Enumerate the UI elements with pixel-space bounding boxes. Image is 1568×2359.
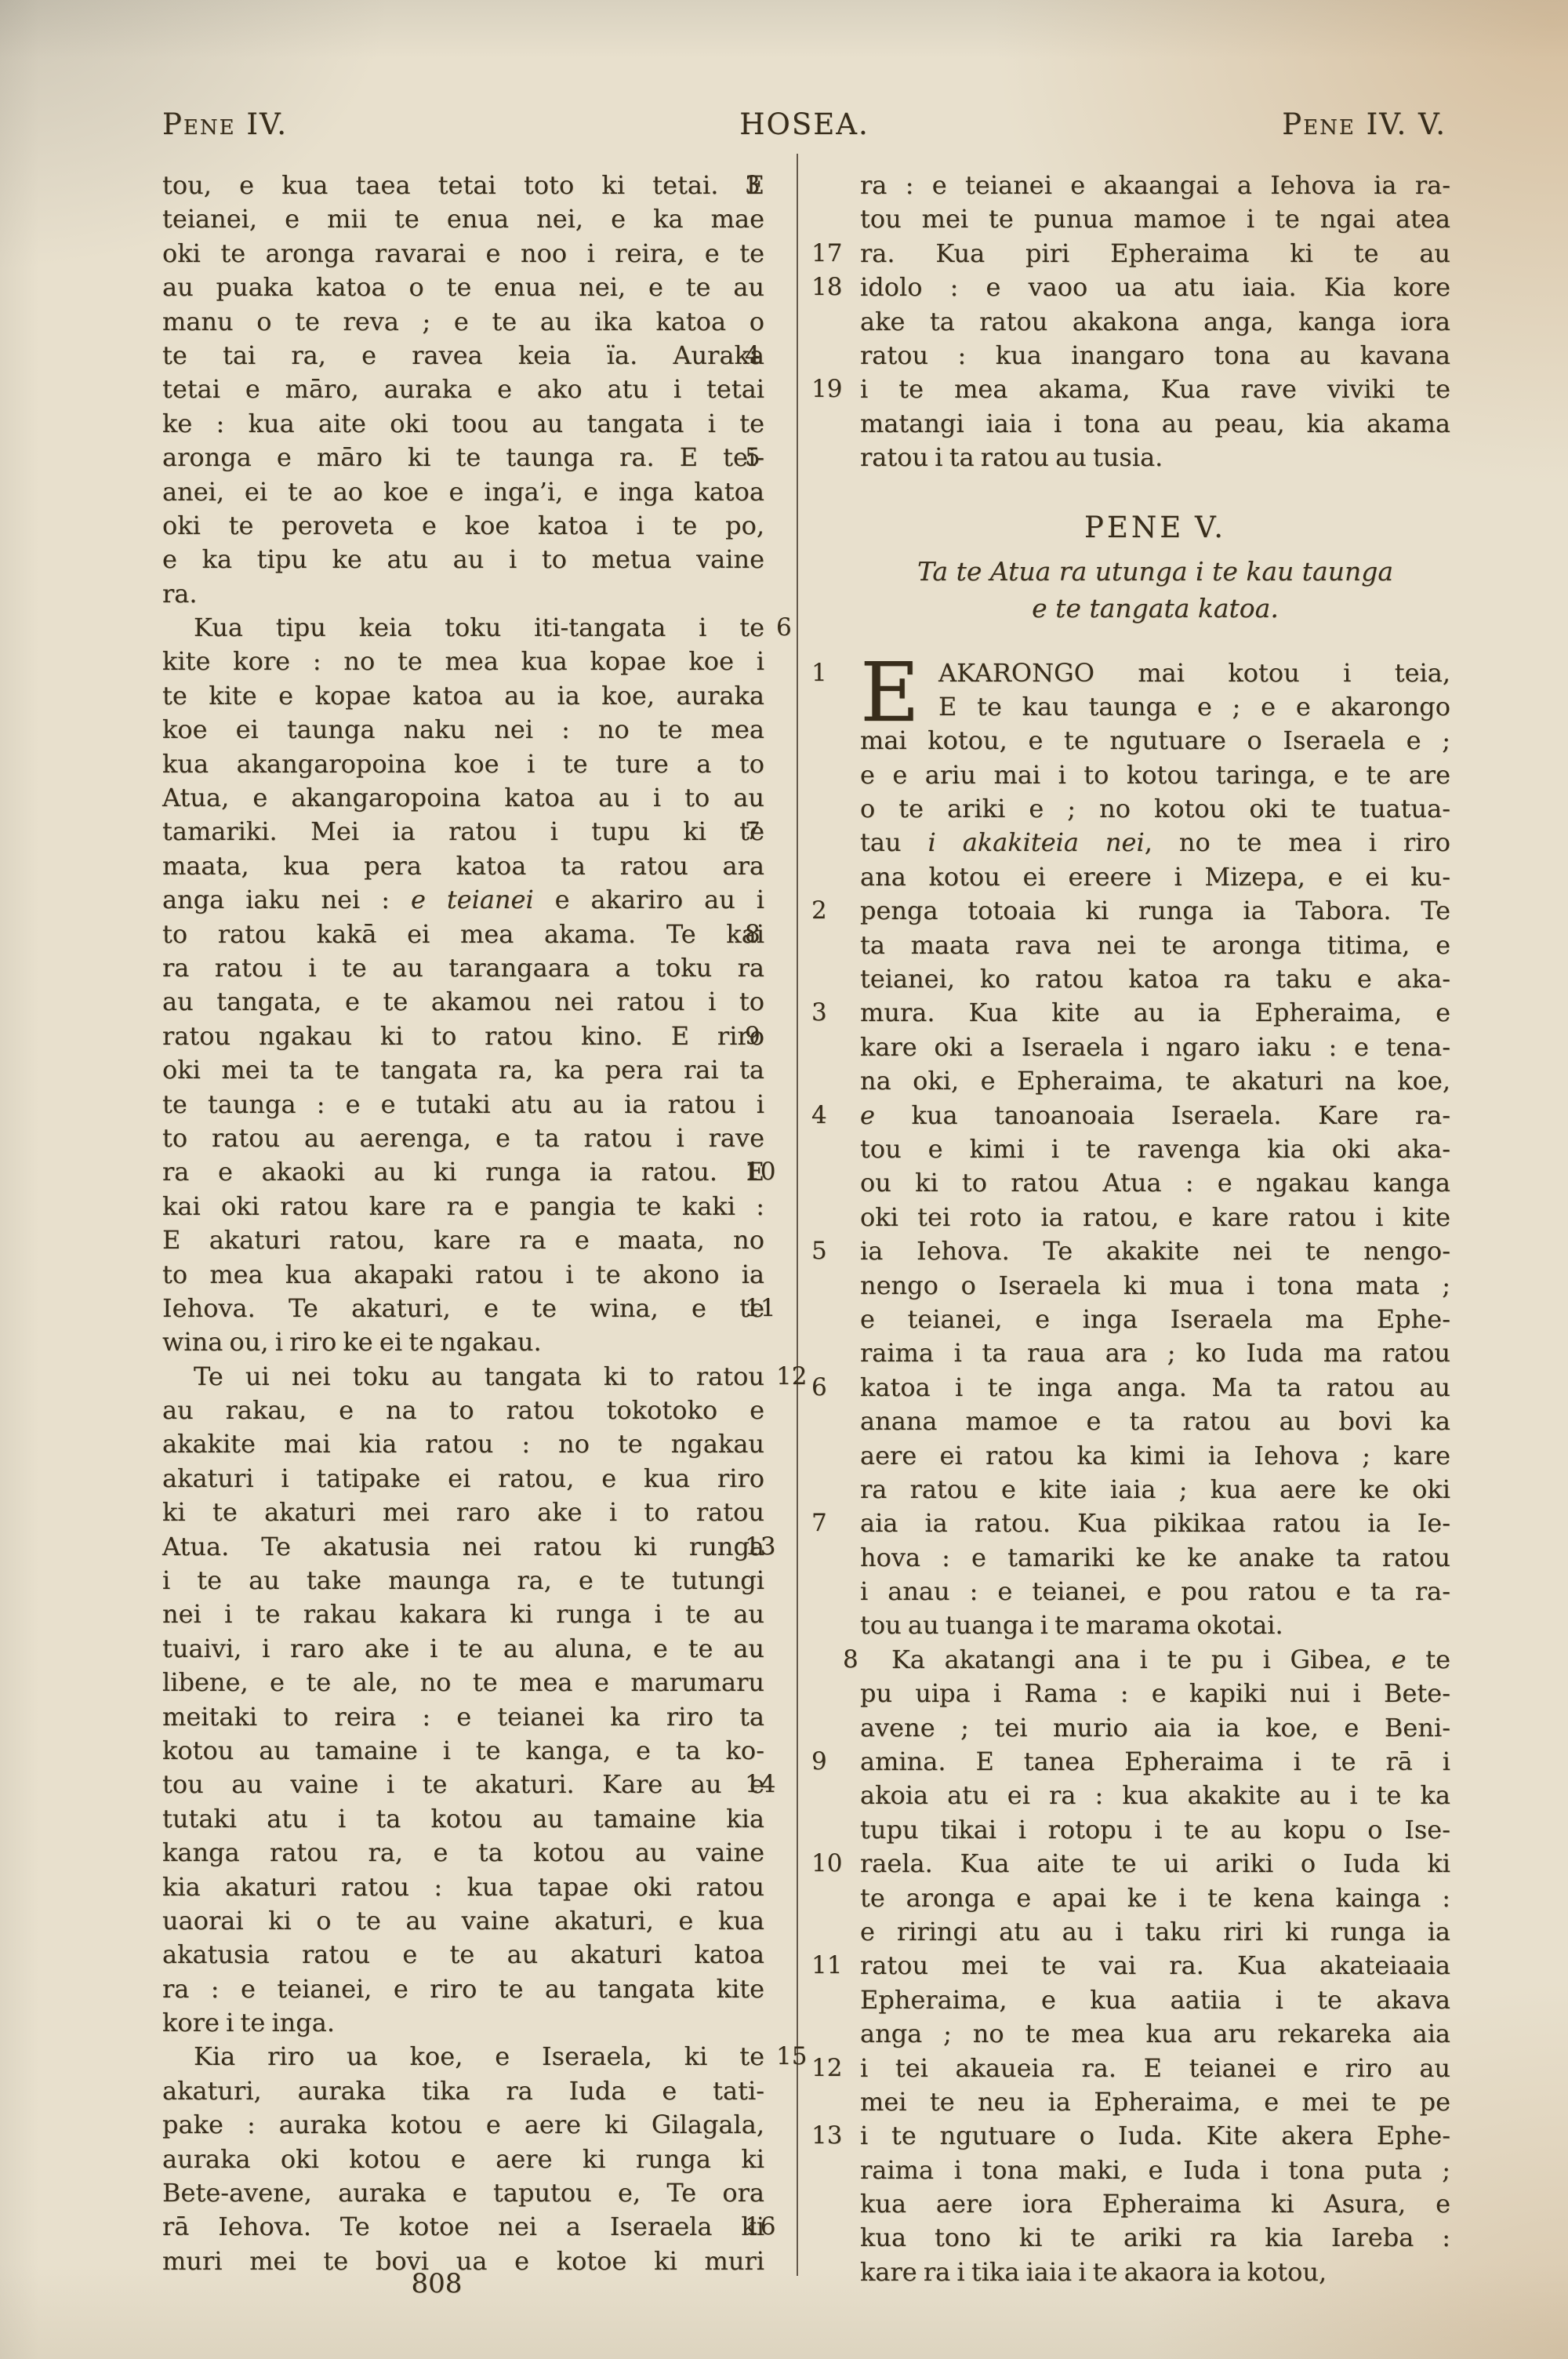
line-text: pake : auraka kotou e aere ki Gilagala, [162, 2110, 764, 2139]
line-text: E akaturi ratou, kare ra e maata, no [162, 1225, 764, 1255]
line-text: nengo o Iseraela ki mua i tona mata ; [860, 1270, 1450, 1300]
line-text: akakite mai kia ratou : no te ngakau [162, 1429, 764, 1459]
line-text: ki te akaturi mei raro ake i to ratou [162, 1497, 764, 1527]
text-line: oki te peroveta e koe katoa i te po, [162, 509, 764, 543]
line-text: auraka oki kotou e aere ki runga ki [162, 2144, 764, 2174]
line-text: matangi iaia i tona au peau, kia akama [860, 409, 1450, 438]
text-line: ra. [162, 577, 764, 611]
line-text: te taunga : e e tutaki atu au ia ratou i [162, 1089, 764, 1119]
line-text: mura. Kua kite au ia Epheraima, e [860, 998, 1450, 1027]
line-text: na oki, e Epheraima, te akaturi na koe, [860, 1066, 1450, 1096]
line-text: e ka tipu ke atu au i to metua vaine [162, 544, 764, 574]
verse-number: 7 [745, 815, 792, 849]
line-text: ra. [162, 579, 198, 609]
verse-number: 18 [811, 271, 851, 304]
text-line: oki te aronga ravarai e noo i reira, e t… [162, 237, 764, 271]
line-text: kai oki ratou kare ra e pangia te kaki : [162, 1191, 764, 1221]
verse-number: 12 [811, 2052, 851, 2085]
line-text: e kua tanoanoaia Iseraela. Kare ra- [860, 1100, 1450, 1130]
verse-number: 6 [745, 611, 792, 645]
line-text: ra. Kua piri Epheraima ki te au [860, 238, 1450, 268]
running-head-right: Pene IV. V. [1282, 107, 1446, 143]
line-text: kua akangaropoina koe i te ture a to [162, 749, 764, 779]
verse-number: 9 [745, 1020, 792, 1053]
text-line: ta maata rava nei te aronga titima, e [860, 929, 1450, 962]
verse-number: 13 [811, 2119, 851, 2153]
text-line: mai kotou, e te ngutuare o Iseraela e ; [860, 724, 1450, 758]
text-line: kua akangaropoina koe i te ture a to [162, 747, 764, 781]
text-line: ratou : kua inangaro tona au kavana [860, 339, 1450, 373]
line-text: au puaka katoa o te enua nei, e te au [162, 272, 764, 302]
text-line: E te kau taunga e ; e e akarongo [938, 690, 1450, 724]
line-text: kore i te inga. [162, 2008, 335, 2037]
verse-number: 10 [745, 1155, 792, 1189]
line-text: oki te peroveta e koe katoa i te po, [162, 511, 764, 540]
text-line: to ratou au aerenga, e ta ratou i rave [162, 1121, 764, 1155]
line-text: ake ta ratou akakona anga, kanga iora [860, 307, 1450, 336]
line-text: tutaki atu i ta kotou au tamaine kia [162, 1804, 764, 1834]
line-text: aia ia ratou. Kua pikikaa ratou ia Ie- [860, 1508, 1450, 1538]
line-text: Te ui nei toku au tangata ki to ratou [194, 1361, 764, 1391]
line-text: ra ratou i te au tarangaara a toku ra [162, 953, 764, 983]
text-line: meitaki to reira : e teianei ka riro ta [162, 1700, 764, 1734]
text-line: au puaka katoa o te enua nei, e te au [162, 271, 764, 304]
line-text: i te au take maunga ra, e te tutungi [162, 1565, 764, 1595]
text-line: na oki, e Epheraima, te akaturi na koe, [860, 1064, 1450, 1098]
running-head-center: HOSEA. [162, 107, 1446, 143]
text-line: avene ; tei murio aia ia koe, e Beni- [860, 1711, 1450, 1745]
text-line: anana mamoe e ta ratou au bovi ka [860, 1405, 1450, 1438]
line-text: tou au vaine i te akaturi. Kare au e [162, 1769, 764, 1799]
text-line: tou mei te punua mamoe i te ngai atea [860, 202, 1450, 236]
line-text: ta maata rava nei te aronga titima, e [860, 930, 1450, 960]
line-text: ou ki to ratou Atua : e ngakau kanga [860, 1168, 1450, 1198]
line-text: tau i akakiteia nei, no te mea i riro [860, 827, 1450, 857]
text-line: kotou au tamaine i te kanga, e ta ko- [162, 1734, 764, 1768]
verse-number: 5 [745, 441, 792, 474]
text-line: 12Te ui nei toku au tangata ki to ratou [162, 1360, 764, 1394]
verse-number: 13 [745, 1530, 792, 1564]
line-text: e e ariu mai i to kotou taringa, e te ar… [860, 760, 1450, 790]
text-line: 6katoa i te inga anga. Ma ta ratou au [860, 1371, 1450, 1405]
text-line: raima i tona maki, e Iuda i tona puta ; [860, 2154, 1450, 2187]
line-text: aronga e māro ki te taunga ra. E tei- [162, 442, 764, 472]
text-line: tetai e māro, auraka e ako atu i tetai [162, 373, 764, 406]
text-line: pake : auraka kotou e aere ki Gilagala, [162, 2108, 764, 2142]
line-text: amina. E tanea Epheraima i te rā i [860, 1747, 1450, 1776]
line-text: anga ; no te mea kua aru rekareka aia [860, 2019, 1450, 2048]
text-line: i anau : e teianei, e pou ratou e ta ra- [860, 1575, 1450, 1608]
line-text: ratou ngakau ki to ratou kino. E riro [162, 1021, 764, 1051]
line-text: AKARONGO mai kotou i teia, [938, 658, 1450, 688]
text-line: uaorai ki o te au vaine akaturi, e kua [162, 1904, 764, 1938]
line-text: rā Iehova. Te kotoe nei a Iseraela ki [162, 2212, 764, 2241]
text-line: 7tamariki. Mei ia ratou i tupu ki te [162, 815, 764, 849]
line-text: anei, ei te ao koe e inga’i, e inga kato… [162, 477, 764, 507]
text-line: nengo o Iseraela ki mua i tona mata ; [860, 1269, 1450, 1303]
line-text: akatusia ratou e te au akaturi katoa [162, 1939, 764, 1969]
line-text: oki tei roto ia ratou, e kare ratou i ki… [860, 1202, 1450, 1232]
text-line: au tangata, e te akamou nei ratou i to [162, 985, 764, 1019]
text-line: 11Iehova. Te akaturi, e te wina, e te [162, 1292, 764, 1325]
line-text: ra : e teianei, e riro te au tangata kit… [162, 1974, 764, 2004]
text-line: e e ariu mai i to kotou taringa, e te ar… [860, 758, 1450, 792]
verse-number: 11 [811, 1949, 851, 1983]
text-line: 3mura. Kua kite au ia Epheraima, e [860, 996, 1450, 1030]
line-text: avene ; tei murio aia ia koe, e Beni- [860, 1713, 1450, 1743]
line-text: nei i te rakau kakara ki runga i te au [162, 1599, 764, 1629]
line-text: to mea kua akapaki ratou i te akono ia [162, 1259, 764, 1289]
line-text: i te mea akama, Kua rave viviki te [860, 374, 1450, 404]
text-line: kua tono ki te ariki ra kia Iareba : [860, 2221, 1450, 2255]
text-line: 19i te mea akama, Kua rave viviki te [860, 373, 1450, 406]
text-line: 3tou, e kua taea tetai toto ki tetai. E [162, 169, 764, 202]
text-line: kanga ratou ra, e ta kotou au vaine [162, 1836, 764, 1870]
line-text: ia Iehova. Te akakite nei te nengo- [860, 1236, 1450, 1266]
line-text: tupu tikai i rotopu i te au kopu o Ise- [860, 1815, 1450, 1845]
text-line: 11ratou mei te vai ra. Kua akateiaaia [860, 1949, 1450, 1983]
verse-number: 17 [811, 237, 851, 271]
line-text: ra ratou e kite iaia ; kua aere ke oki [860, 1474, 1450, 1504]
text-line: 16rā Iehova. Te kotoe nei a Iseraela ki [162, 2210, 764, 2244]
line-text: i te ngutuare o Iuda. Kite akera Ephe- [860, 2121, 1450, 2150]
line-text: Atua. Te akatusia nei ratou ki runga [162, 1532, 764, 1561]
text-line: teianei, e mii te enua nei, e ka mae [162, 202, 764, 236]
chapter5-section: E 1AKARONGO mai kotou i teia,E te kau ta… [860, 656, 1450, 2290]
line-text: Ka akatangi ana i te pu i Gibea, e te [891, 1645, 1450, 1674]
text-line: ra ratou i te au tarangaara a toku ra [162, 951, 764, 985]
verse-number: 6 [811, 1371, 851, 1405]
line-text: katoa i te inga anga. Ma ta ratou au [860, 1372, 1450, 1402]
line-text: au rakau, e na to ratou tokotoko e [162, 1395, 764, 1425]
text-line: ke : kua aite oki toou au tangata i te [162, 407, 764, 441]
line-text: Bete-avene, auraka e taputou e, Te ora [162, 2178, 764, 2208]
text-line: teianei, ko ratou katoa ra taku e aka- [860, 962, 1450, 996]
chapter-subtitle: Ta te Atua ra utunga i te kau taunga e t… [860, 553, 1450, 627]
text-line: 13i te ngutuare o Iuda. Kite akera Ephe- [860, 2119, 1450, 2153]
line-text: tou e kimi i te ravenga kia oki aka- [860, 1134, 1450, 1164]
text-line: Atua, e akangaropoina katoa au i to au [162, 781, 764, 815]
text-line: koe ei taunga naku nei : no te mea [162, 713, 764, 747]
drop-cap: E [860, 659, 920, 726]
verse-number: 5 [811, 1234, 851, 1268]
text-line: ou ki to ratou Atua : e ngakau kanga [860, 1166, 1450, 1200]
line-text: tamariki. Mei ia ratou i tupu ki te [162, 816, 764, 846]
text-line: tou e kimi i te ravenga kia oki aka- [860, 1132, 1450, 1166]
line-text: to ratou au aerenga, e ta ratou i rave [162, 1123, 764, 1153]
text-line: maata, kua pera katoa ta ratou ara [162, 849, 764, 883]
text-line: oki mei ta te tangata ra, ka pera rai ta [162, 1053, 764, 1087]
text-line: e teianei, e inga Iseraela ma Ephe- [860, 1303, 1450, 1336]
text-line: e riringi atu au i taku riri ki runga ia [860, 1915, 1450, 1949]
text-line: manu o te reva ; e te au ika katoa o [162, 305, 764, 339]
text-line: akakite mai kia ratou : no te ngakau [162, 1427, 764, 1461]
running-head: Pene IV. HOSEA. Pene IV. V. [162, 107, 1446, 143]
text-line: auraka oki kotou e aere ki runga ki [162, 2143, 764, 2176]
verse-number: 4 [811, 1099, 851, 1132]
line-text: penga totoaia ki runga ia Tabora. Te [860, 896, 1450, 925]
text-line: 4e kua tanoanoaia Iseraela. Kare ra- [860, 1099, 1450, 1132]
text-line: 18idolo : e vaoo ua atu iaia. Kia kore [860, 271, 1450, 304]
text-line: ra : e teianei e akaangai a Iehova ia ra… [860, 169, 1450, 202]
text-line: 2penga totoaia ki runga ia Tabora. Te [860, 894, 1450, 928]
text-line: mei te neu ia Epheraima, e mei te pe [860, 2085, 1450, 2119]
line-text: idolo : e vaoo ua atu iaia. Kia kore [860, 272, 1450, 302]
text-line: kia akaturi ratou : kua tapae oki ratou [162, 1870, 764, 1904]
line-text: akoia atu ei ra : kua akakite au i te ka [860, 1780, 1450, 1810]
chapter-subtitle-line: e te tangata katoa. [860, 590, 1450, 627]
line-text: kare ra i tika iaia i te akaora ia kotou… [860, 2257, 1327, 2287]
verse-number: 2 [811, 894, 851, 928]
column-rule [797, 154, 798, 2276]
text-line: 14tou au vaine i te akaturi. Kare au e [162, 1768, 764, 1801]
line-text: te aronga e apai ke i te kena kainga : [860, 1883, 1450, 1913]
text-line: kare ra i tika iaia i te akaora ia kotou… [860, 2255, 1450, 2289]
text-line: 7aia ia ratou. Kua pikikaa ratou ia Ie- [860, 1507, 1450, 1540]
line-text: kia akaturi ratou : kua tapae oki ratou [162, 1872, 764, 1902]
text-line: 13Atua. Te akatusia nei ratou ki runga [162, 1530, 764, 1564]
line-text: anana mamoe e ta ratou au bovi ka [860, 1406, 1450, 1436]
line-text: wina ou, i riro ke ei te ngakau. [162, 1327, 542, 1357]
text-line: 12i tei akaueia ra. E teianei e riro au [860, 2052, 1450, 2085]
line-text: au tangata, e te akamou nei ratou i to [162, 987, 764, 1016]
line-text: ratou : kua inangaro tona au kavana [860, 340, 1450, 370]
verse-number: 4 [745, 339, 792, 373]
text-line: aere ei ratou ka kimi ia Iehova ; kare [860, 1439, 1450, 1473]
line-text: raima i ta raua ara ; ko Iuda ma ratou [860, 1338, 1450, 1368]
line-text: e riringi atu au i taku riri ki runga ia [860, 1917, 1450, 1946]
line-text: ra : e teianei e akaangai a Iehova ia ra… [860, 170, 1450, 200]
line-text: aere ei ratou ka kimi ia Iehova ; kare [860, 1441, 1450, 1470]
text-line: 1AKARONGO mai kotou i teia, [938, 656, 1450, 690]
line-text: kua aere iora Epheraima ki Asura, e [860, 2189, 1450, 2219]
text-line: Bete-avene, auraka e taputou e, Te ora [162, 2176, 764, 2210]
line-text: manu o te reva ; e te au ika katoa o [162, 307, 764, 336]
line-text: ratou mei te vai ra. Kua akateiaaia [860, 1950, 1450, 1980]
text-line: ra ratou e kite iaia ; kua aere ke oki [860, 1473, 1450, 1507]
text-line: E akaturi ratou, kare ra e maata, no [162, 1223, 764, 1257]
line-text: raima i tona maki, e Iuda i tona puta ; [860, 2155, 1450, 2185]
text-line: kua aere iora Epheraima ki Asura, e [860, 2187, 1450, 2221]
line-text: maata, kua pera katoa ta ratou ara [162, 851, 764, 881]
line-text: koe ei taunga naku nei : no te mea [162, 714, 764, 744]
verse-number: 3 [745, 169, 792, 202]
text-line: Epheraima, e kua aatiia i te akava [860, 1983, 1450, 2017]
text-line: hova : e tamariki ke ke anake ta ratou [860, 1541, 1450, 1575]
line-text: hova : e tamariki ke ke anake ta ratou [860, 1543, 1450, 1572]
text-line: i te au take maunga ra, e te tutungi [162, 1564, 764, 1598]
text-line: ki te akaturi mei raro ake i to ratou [162, 1496, 764, 1529]
line-text: oki te aronga ravarai e noo i reira, e t… [162, 238, 764, 268]
text-line: tutaki atu i ta kotou au tamaine kia [162, 1802, 764, 1836]
line-text: oki mei ta te tangata ra, ka pera rai ta [162, 1055, 764, 1085]
line-text: e teianei, e inga Iseraela ma Ephe- [860, 1304, 1450, 1334]
line-text: pu uipa i Rama : e kapiki nui i Bete- [860, 1678, 1450, 1708]
text-line: tupu tikai i rotopu i te au kopu o Ise- [860, 1813, 1450, 1847]
verse-number: 12 [745, 1360, 792, 1394]
text-line: 5aronga e māro ki te taunga ra. E tei- [162, 441, 764, 474]
text-line: 8Ka akatangi ana i te pu i Gibea, e te [860, 1643, 1450, 1677]
line-text: Kia riro ua koe, e Iseraela, ki te [194, 2041, 764, 2071]
line-text: kotou au tamaine i te kanga, e ta ko- [162, 1736, 764, 1765]
verse-number: 15 [745, 2040, 792, 2074]
line-text: tou, e kua taea tetai toto ki tetai. E [162, 170, 764, 200]
line-text: mei te neu ia Epheraima, e mei te pe [860, 2087, 1450, 2117]
right-column: ra : e teianei e akaangai a Iehova ia ra… [860, 169, 1450, 2289]
text-line: 9ratou ngakau ki to ratou kino. E riro [162, 1020, 764, 1053]
line-text: raela. Kua aite te ui ariki o Iuda ki [860, 1848, 1450, 1878]
verse-number: 16 [745, 2210, 792, 2244]
line-text: uaorai ki o te au vaine akaturi, e kua [162, 1906, 764, 1936]
text-line: anga iaku nei : e teianei e akariro au i [162, 883, 764, 917]
text-line: anga ; no te mea kua aru rekareka aia [860, 2017, 1450, 2051]
chapter4-end-section: ra : e teianei e akaangai a Iehova ia ra… [860, 169, 1450, 475]
line-text: ke : kua aite oki toou au tangata i te [162, 409, 764, 438]
text-line: te aronga e apai ke i te kena kainga : [860, 1881, 1450, 1915]
verse-number: 7 [811, 1507, 851, 1540]
line-text: i anau : e teianei, e pou ratou e ta ra- [860, 1576, 1450, 1606]
line-text: kanga ratou ra, e ta kotou au vaine [162, 1837, 764, 1867]
line-text: tuaivi, i raro ake i te au aluna, e te a… [162, 1634, 764, 1663]
text-line: akaturi i tatipake ei ratou, e kua riro [162, 1462, 764, 1496]
line-text: Kua tipu keia toku iti-tangata i te [194, 612, 764, 642]
text-line: ake ta ratou akakona anga, kanga iora [860, 305, 1450, 339]
text-line: anei, ei te ao koe e inga’i, e inga kato… [162, 475, 764, 509]
line-text: tetai e māro, auraka e ako atu i tetai [162, 374, 764, 404]
line-text: kite kore : no te mea kua kopae koe i [162, 646, 764, 676]
text-line: raima i ta raua ara ; ko Iuda ma ratou [860, 1336, 1450, 1370]
text-line: ra : e teianei, e riro te au tangata kit… [162, 1972, 764, 2006]
verse-number: 9 [811, 1745, 851, 1779]
line-text: akaturi i tatipake ei ratou, e kua riro [162, 1463, 764, 1493]
text-line: 9amina. E tanea Epheraima i te rā i [860, 1745, 1450, 1779]
left-column: 3tou, e kua taea tetai toto ki tetai. Et… [162, 169, 764, 2278]
line-text: tou au tuanga i te marama okotai. [860, 1610, 1283, 1640]
text-line: libene, e te ale, no te mea e marumaru [162, 1666, 764, 1699]
text-line: 15Kia riro ua koe, e Iseraela, ki te [162, 2040, 764, 2074]
line-text: Epheraima, e kua aatiia i te akava [860, 1985, 1450, 2015]
chapter-subtitle-line: Ta te Atua ra utunga i te kau taunga [860, 553, 1450, 590]
line-text: mai kotou, e te ngutuare o Iseraela e ; [860, 725, 1450, 755]
text-line: tau i akakiteia nei, no te mea i riro [860, 826, 1450, 860]
text-line: pu uipa i Rama : e kapiki nui i Bete- [860, 1677, 1450, 1710]
chapter-heading: PENE V. [860, 507, 1450, 548]
verse-number: 14 [745, 1768, 792, 1801]
text-line: nei i te rakau kakara ki runga i te au [162, 1598, 764, 1631]
line-text: kua tono ki te ariki ra kia Iareba : [860, 2223, 1450, 2252]
text-line: ana kotou ei ereere i Mizepa, e ei ku- [860, 860, 1450, 894]
text-line: 4te tai ra, e ravea keia ïa. Auraka [162, 339, 764, 373]
line-text: E te kau taunga e ; e e akarongo [938, 692, 1450, 722]
line-text: Atua, e akangaropoina katoa au i to au [162, 783, 764, 812]
verse-number: 11 [745, 1292, 792, 1325]
text-line: 6Kua tipu keia toku iti-tangata i te [162, 611, 764, 645]
text-line: oki tei roto ia ratou, e kare ratou i ki… [860, 1201, 1450, 1234]
text-line: tou au tuanga i te marama okotai. [860, 1608, 1450, 1642]
scanned-book-page: Pene IV. HOSEA. Pene IV. V. 3tou, e kua … [0, 0, 1568, 2359]
line-text: akaturi, auraka tika ra Iuda e tati- [162, 2076, 764, 2106]
verse-number: 3 [811, 996, 851, 1030]
line-text: anga iaku nei : e teianei e akariro au i [162, 885, 764, 914]
text-line: kite kore : no te mea kua kopae koe i [162, 645, 764, 678]
line-text: tou mei te punua mamoe i te ngai atea [860, 204, 1450, 234]
page-number: 808 [162, 2266, 711, 2301]
line-text: ratou i ta ratou au tusia. [860, 442, 1163, 472]
text-line: 8to ratou kakā ei mea akama. Te kai [162, 918, 764, 951]
text-line: 5ia Iehova. Te akakite nei te nengo- [860, 1234, 1450, 1268]
line-text: te tai ra, e ravea keia ïa. Auraka [162, 340, 764, 370]
text-line: te kite e kopae katoa au ia koe, auraka [162, 679, 764, 713]
text-line: te taunga : e e tutaki atu au ia ratou i [162, 1088, 764, 1121]
text-line: to mea kua akapaki ratou i te akono ia [162, 1258, 764, 1292]
text-line: 10raela. Kua aite te ui ariki o Iuda ki [860, 1847, 1450, 1881]
line-text: libene, e te ale, no te mea e marumaru [162, 1667, 764, 1697]
text-line: kare oki a Iseraela i ngaro iaku : e ten… [860, 1030, 1450, 1064]
text-line: 10ra e akaoki au ki runga ia ratou. E [162, 1155, 764, 1189]
text-line: akoia atu ei ra : kua akakite au i te ka [860, 1779, 1450, 1812]
verse-number: 10 [811, 1847, 851, 1881]
line-text: to ratou kakā ei mea akama. Te kai [162, 919, 764, 949]
text-line: 17ra. Kua piri Epheraima ki te au [860, 237, 1450, 271]
text-line: akaturi, auraka tika ra Iuda e tati- [162, 2074, 764, 2108]
text-line: kai oki ratou kare ra e pangia te kaki : [162, 1190, 764, 1223]
text-line: e ka tipu ke atu au i to metua vaine [162, 543, 764, 576]
text-line: ratou i ta ratou au tusia. [860, 441, 1450, 474]
line-text: i tei akaueia ra. E teianei e riro au [860, 2053, 1450, 2083]
text-line: kore i te inga. [162, 2006, 764, 2040]
line-text: o te ariki e ; no kotou oki te tuatua- [860, 794, 1450, 823]
verse-number: 8 [811, 1643, 851, 1677]
verse-number: 1 [811, 656, 851, 690]
text-line: akatusia ratou e te au akaturi katoa [162, 1938, 764, 1972]
line-text: Iehova. Te akaturi, e te wina, e te [162, 1293, 764, 1323]
line-text: teianei, ko ratou katoa ra taku e aka- [860, 964, 1450, 994]
line-text: ana kotou ei ereere i Mizepa, e ei ku- [860, 862, 1450, 892]
text-line: matangi iaia i tona au peau, kia akama [860, 407, 1450, 441]
line-text: ra e akaoki au ki runga ia ratou. E [162, 1157, 764, 1187]
line-text: kare oki a Iseraela i ngaro iaku : e ten… [860, 1032, 1450, 1062]
verse-number: 19 [811, 373, 851, 406]
text-line: tuaivi, i raro ake i te au aluna, e te a… [162, 1632, 764, 1666]
line-text: te kite e kopae katoa au ia koe, auraka [162, 681, 764, 711]
text-line: o te ariki e ; no kotou oki te tuatua- [860, 792, 1450, 826]
text-line: au rakau, e na to ratou tokotoko e [162, 1394, 764, 1427]
line-text: meitaki to reira : e teianei ka riro ta [162, 1702, 764, 1732]
verse-number: 8 [745, 918, 792, 951]
text-line: wina ou, i riro ke ei te ngakau. [162, 1325, 764, 1359]
line-text: teianei, e mii te enua nei, e ka mae [162, 204, 764, 234]
